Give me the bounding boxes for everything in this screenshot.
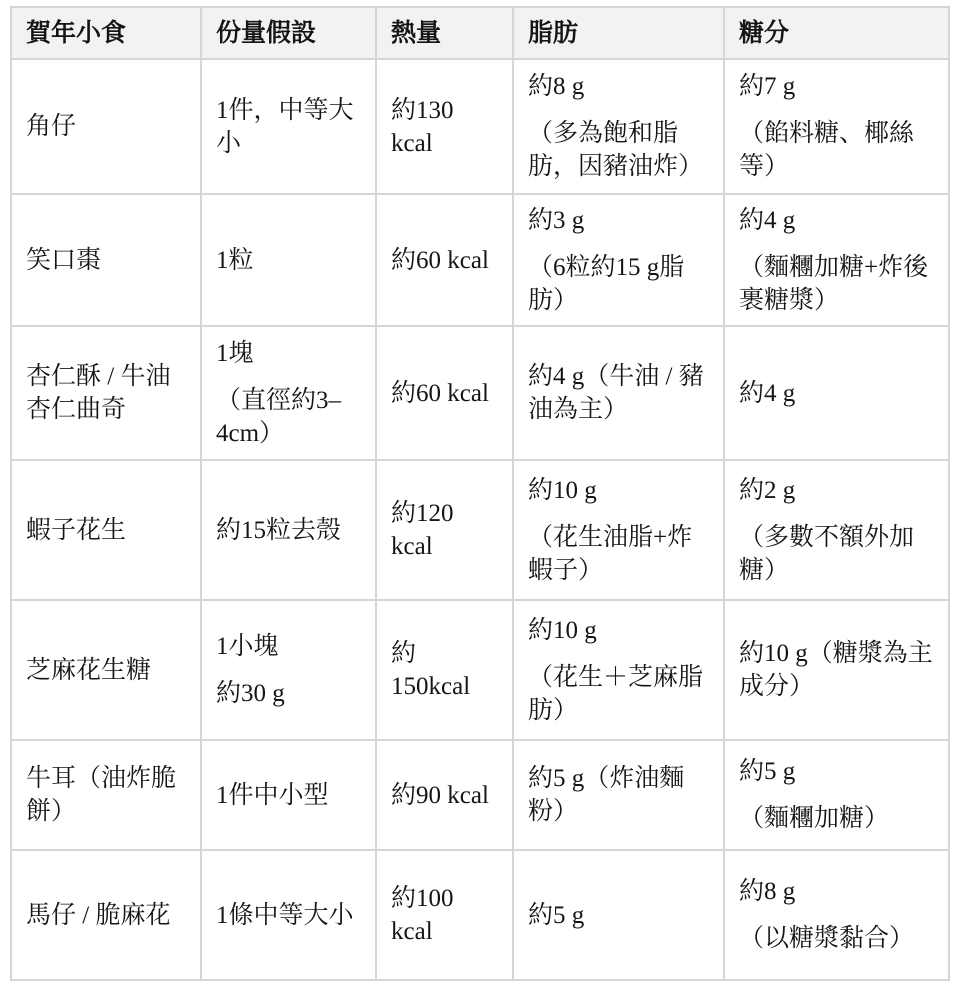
cell-fat: 約10 g（花生＋芝麻脂肪） — [513, 600, 724, 740]
cell-calories: 約90 kcal — [376, 740, 513, 850]
table-row: 蝦子花生 約15粒去殼 約120 kcal 約10 g（花生油脂+炸蝦子） 約2… — [11, 460, 949, 600]
column-header-fat: 脂肪 — [513, 7, 724, 59]
cell-fat: 約3 g（6粒約15 g脂肪） — [513, 194, 724, 326]
table-container: 賀年小食 份量假設 熱量 脂肪 糖分 角仔 1件，中等大小 約130 kcal … — [0, 0, 960, 981]
cell-portion: 1粒 — [201, 194, 376, 326]
cell-fat: 約8 g（多為飽和脂肪，因豬油炸） — [513, 59, 724, 194]
cell-sugar: 約2 g（多數不額外加糖） — [724, 460, 949, 600]
cell-calories: 約 150kcal — [376, 600, 513, 740]
cell-portion: 1小塊約30 g — [201, 600, 376, 740]
cell-sugar: 約4 g — [724, 326, 949, 460]
cell-fat: 約10 g（花生油脂+炸蝦子） — [513, 460, 724, 600]
table-row: 角仔 1件，中等大小 約130 kcal 約8 g（多為飽和脂肪，因豬油炸） 約… — [11, 59, 949, 194]
cell-snack: 杏仁酥 / 牛油杏仁曲奇 — [11, 326, 201, 460]
table-row: 笑口棗 1粒 約60 kcal 約3 g（6粒約15 g脂肪） 約4 g（麵糰加… — [11, 194, 949, 326]
cell-fat: 約4 g（牛油 / 豬油為主） — [513, 326, 724, 460]
cell-calories: 約100 kcal — [376, 850, 513, 980]
cell-snack: 牛耳（油炸脆餅） — [11, 740, 201, 850]
table-row: 芝麻花生糖 1小塊約30 g 約 150kcal 約10 g（花生＋芝麻脂肪） … — [11, 600, 949, 740]
cell-portion: 1條中等大小 — [201, 850, 376, 980]
cell-sugar: 約7 g（餡料糖、椰絲等） — [724, 59, 949, 194]
table-row: 杏仁酥 / 牛油杏仁曲奇 1塊（直徑約3–4cm） 約60 kcal 約4 g（… — [11, 326, 949, 460]
cell-calories: 約130 kcal — [376, 59, 513, 194]
cell-calories: 約60 kcal — [376, 326, 513, 460]
cell-calories: 約60 kcal — [376, 194, 513, 326]
header-row: 賀年小食 份量假設 熱量 脂肪 糖分 — [11, 7, 949, 59]
column-header-sugar: 糖分 — [724, 7, 949, 59]
cell-portion: 1塊（直徑約3–4cm） — [201, 326, 376, 460]
column-header-snack: 賀年小食 — [11, 7, 201, 59]
cell-snack: 笑口棗 — [11, 194, 201, 326]
column-header-calories: 熱量 — [376, 7, 513, 59]
cell-snack: 蝦子花生 — [11, 460, 201, 600]
table-row: 牛耳（油炸脆餅） 1件中小型 約90 kcal 約5 g（炸油麵粉） 約5 g（… — [11, 740, 949, 850]
cell-snack: 角仔 — [11, 59, 201, 194]
cell-sugar: 約10 g（糖漿為主成分） — [724, 600, 949, 740]
nutrition-table: 賀年小食 份量假設 熱量 脂肪 糖分 角仔 1件，中等大小 約130 kcal … — [10, 6, 950, 981]
table-row: 馬仔 / 脆麻花 1條中等大小 約100 kcal 約5 g 約8 g（以糖漿黏… — [11, 850, 949, 980]
cell-snack: 馬仔 / 脆麻花 — [11, 850, 201, 980]
cell-portion: 1件，中等大小 — [201, 59, 376, 194]
cell-portion: 1件中小型 — [201, 740, 376, 850]
table-body: 角仔 1件，中等大小 約130 kcal 約8 g（多為飽和脂肪，因豬油炸） 約… — [11, 59, 949, 980]
cell-calories: 約120 kcal — [376, 460, 513, 600]
column-header-portion: 份量假設 — [201, 7, 376, 59]
table-header: 賀年小食 份量假設 熱量 脂肪 糖分 — [11, 7, 949, 59]
cell-sugar: 約8 g（以糖漿黏合） — [724, 850, 949, 980]
cell-fat: 約5 g — [513, 850, 724, 980]
cell-sugar: 約4 g（麵糰加糖+炸後裹糖漿） — [724, 194, 949, 326]
cell-portion: 約15粒去殼 — [201, 460, 376, 600]
cell-sugar: 約5 g（麵糰加糖） — [724, 740, 949, 850]
cell-fat: 約5 g（炸油麵粉） — [513, 740, 724, 850]
cell-snack: 芝麻花生糖 — [11, 600, 201, 740]
